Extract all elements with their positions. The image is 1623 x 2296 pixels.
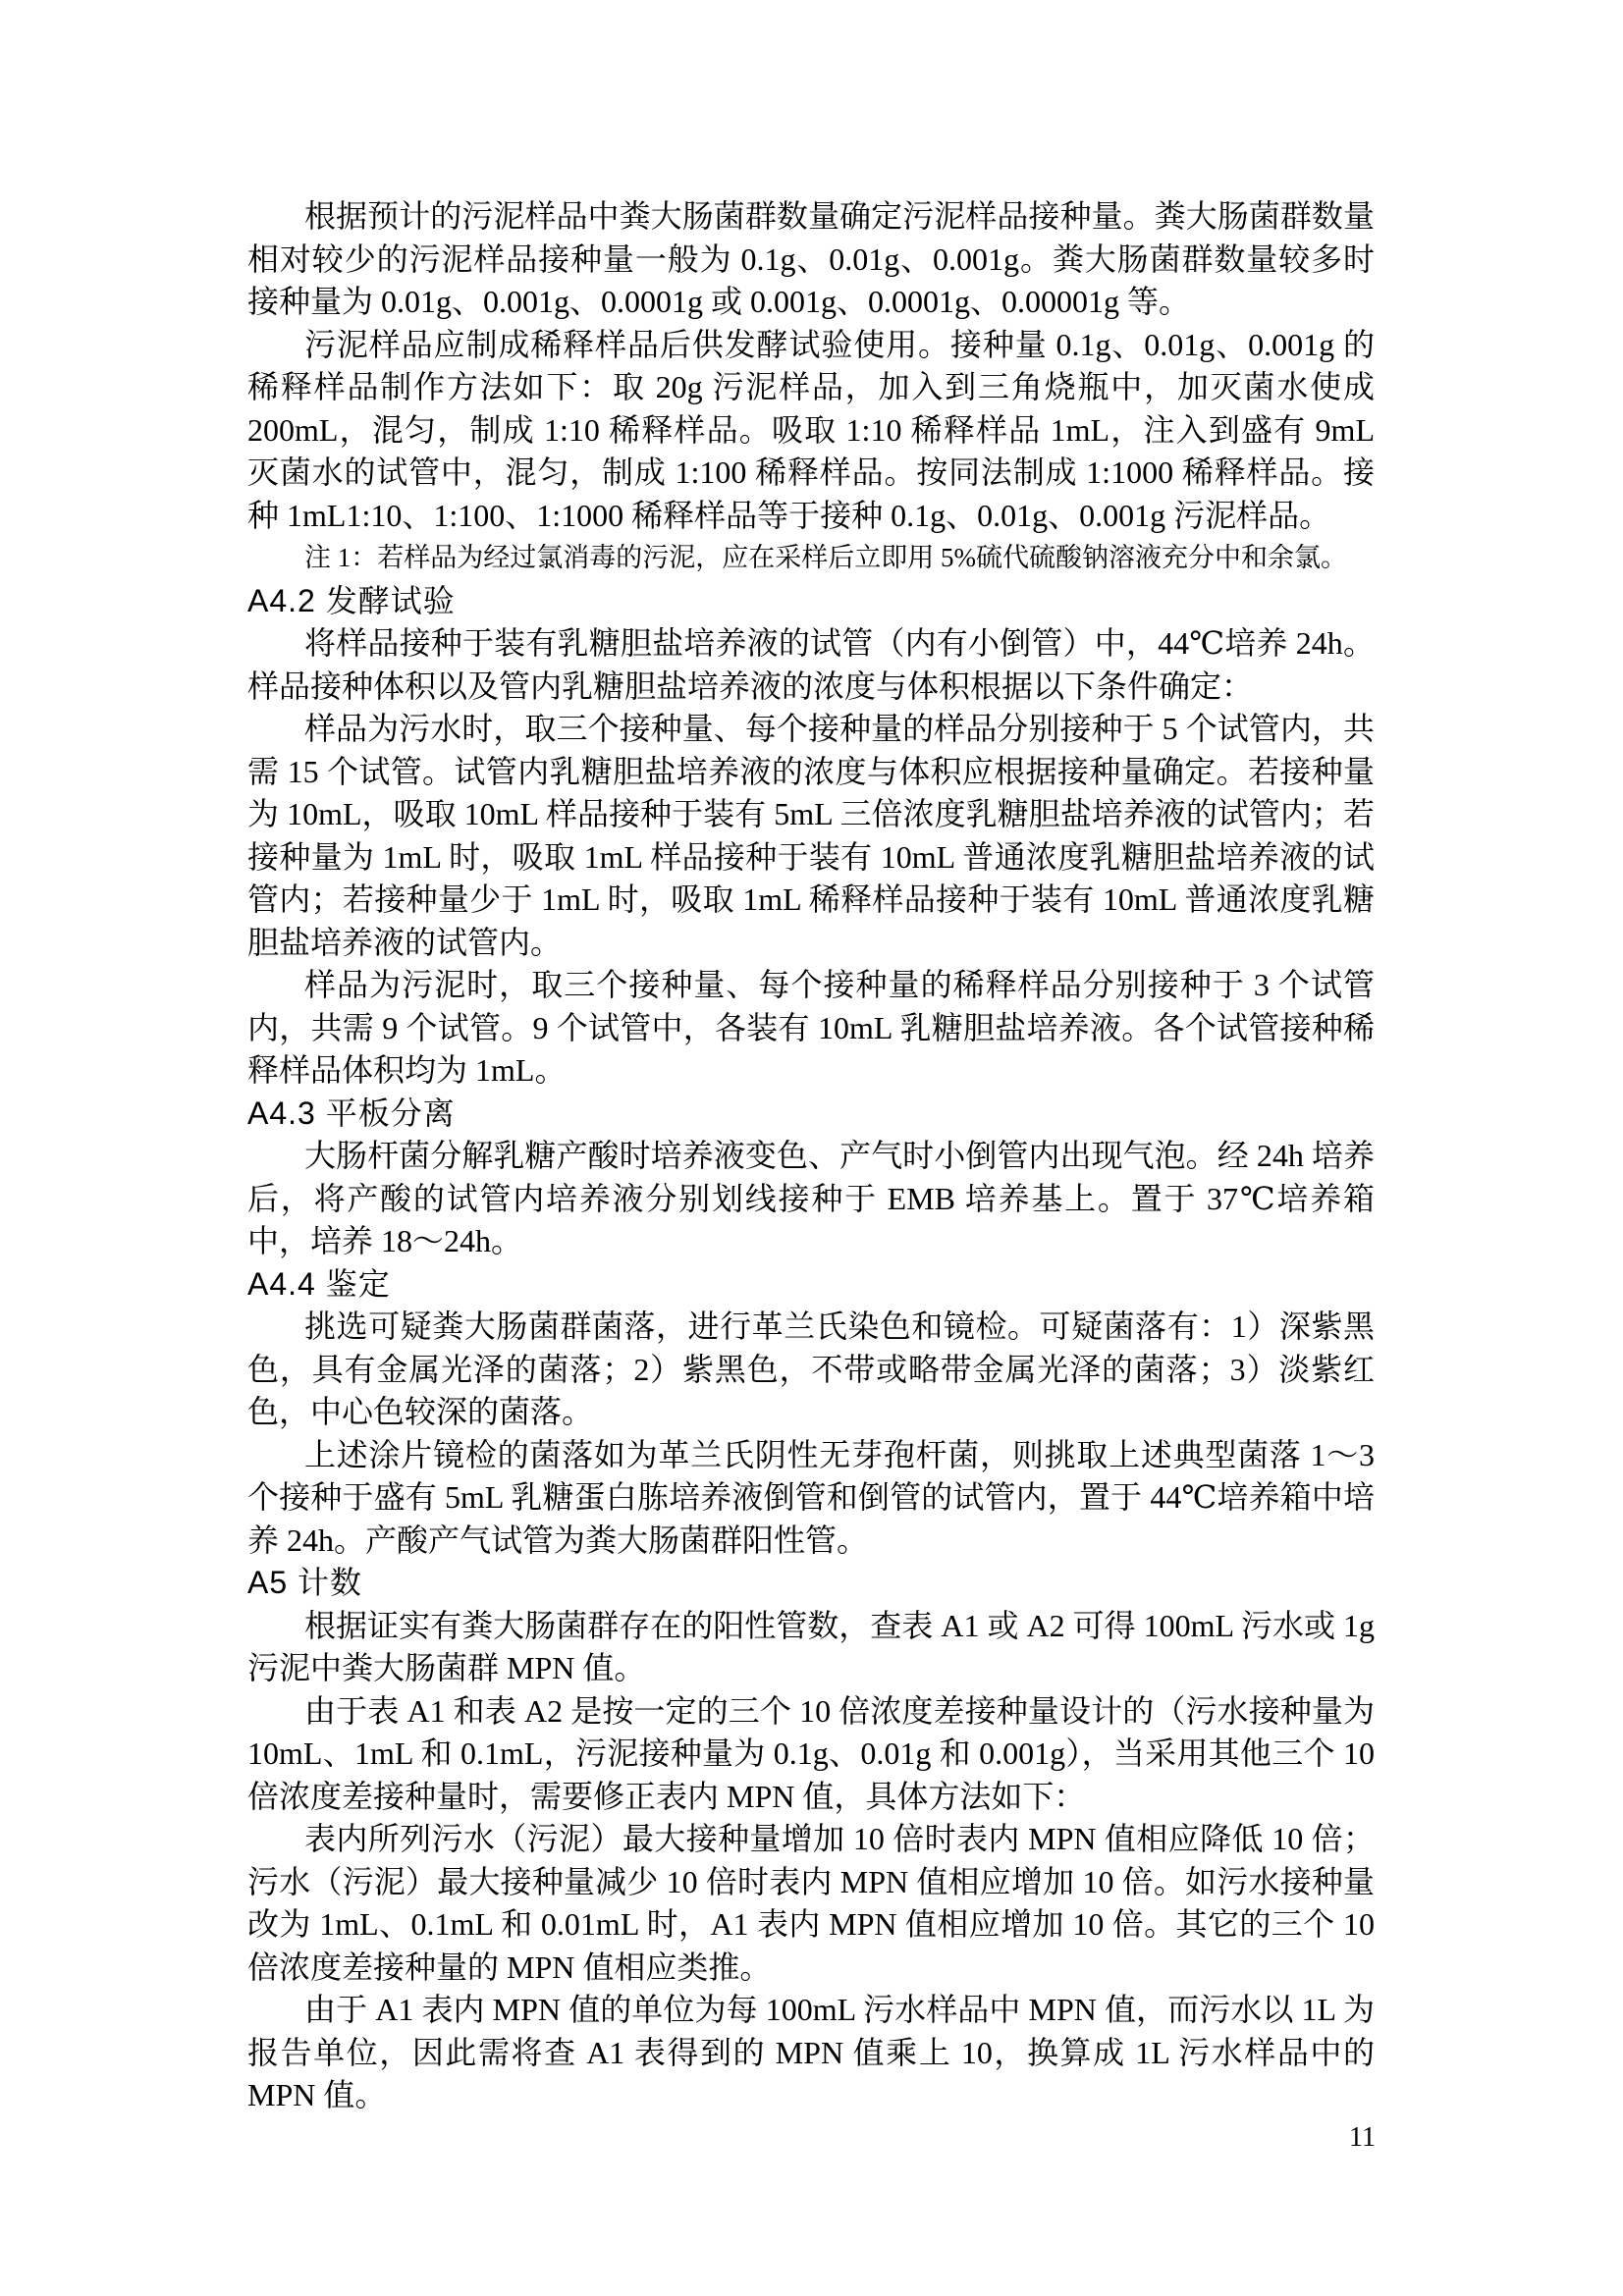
- document-body: 根据预计的污泥样品中粪大肠菌群数量确定污泥样品接种量。粪大肠菌群数量相对较少的污…: [247, 195, 1375, 2117]
- body-paragraph-fermentation-setup: 将样品接种于装有乳糖胆盐培养液的试管（内有小倒管）中，44℃培养 24h。样品接…: [247, 622, 1375, 708]
- page-number: 11: [1349, 2121, 1376, 2155]
- body-paragraph-inoculation-amount: 根据预计的污泥样品中粪大肠菌群数量确定污泥样品接种量。粪大肠菌群数量相对较少的污…: [247, 195, 1375, 324]
- body-paragraph-sewage-sample: 样品为污水时，取三个接种量、每个接种量的样品分别接种于 5 个试管内，共需 15…: [247, 708, 1375, 964]
- section-heading-a4-3: A4.3 平板分离: [247, 1093, 1375, 1136]
- body-paragraph-plate-separation: 大肠杆菌分解乳糖产酸时培养液变色、产气时小倒管内出现气泡。经 24h 培养后，将…: [247, 1135, 1375, 1263]
- body-paragraph-mpn-unit-convert: 由于 A1 表内 MPN 值的单位为每 100mL 污水样品中 MPN 值，而污…: [247, 1989, 1375, 2117]
- body-paragraph-sludge-sample: 样品为污泥时，取三个接种量、每个接种量的稀释样品分别接种于 3 个试管内，共需 …: [247, 964, 1375, 1093]
- body-paragraph-mpn-table-design: 由于表 A1 和表 A2 是按一定的三个 10 倍浓度差接种量设计的（污水接种量…: [247, 1690, 1375, 1819]
- body-paragraph-dilution-method: 污泥样品应制成稀释样品后供发酵试验使用。接种量 0.1g、0.01g、0.001…: [247, 324, 1375, 538]
- body-paragraph-mpn-correction: 表内所列污水（污泥）最大接种量增加 10 倍时表内 MPN 值相应降低 10 倍…: [247, 1818, 1375, 1989]
- section-heading-a4-4: A4.4 鉴定: [247, 1263, 1375, 1307]
- body-paragraph-gram-stain-confirm: 上述涂片镜检的菌落如为革兰氏阴性无芽孢杆菌，则挑取上述典型菌落 1～3 个接种于…: [247, 1434, 1375, 1563]
- section-heading-a4-2: A4.2 发酵试验: [247, 580, 1375, 623]
- body-paragraph-mpn-lookup: 根据证实有粪大肠菌群存在的阳性管数，查表 A1 或 A2 可得 100mL 污水…: [247, 1605, 1375, 1690]
- section-heading-a5: A5 计数: [247, 1562, 1375, 1605]
- note-1: 注 1：若样品为经过氯消毒的污泥，应在采样后立即用 5%硫代硫酸钠溶液充分中和余…: [247, 537, 1375, 580]
- body-paragraph-colony-selection: 挑选可疑粪大肠菌群菌落，进行革兰氏染色和镜检。可疑菌落有：1）深紫黑色，具有金属…: [247, 1306, 1375, 1434]
- document-page: 根据预计的污泥样品中粪大肠菌群数量确定污泥样品接种量。粪大肠菌群数量相对较少的污…: [0, 0, 1623, 2296]
